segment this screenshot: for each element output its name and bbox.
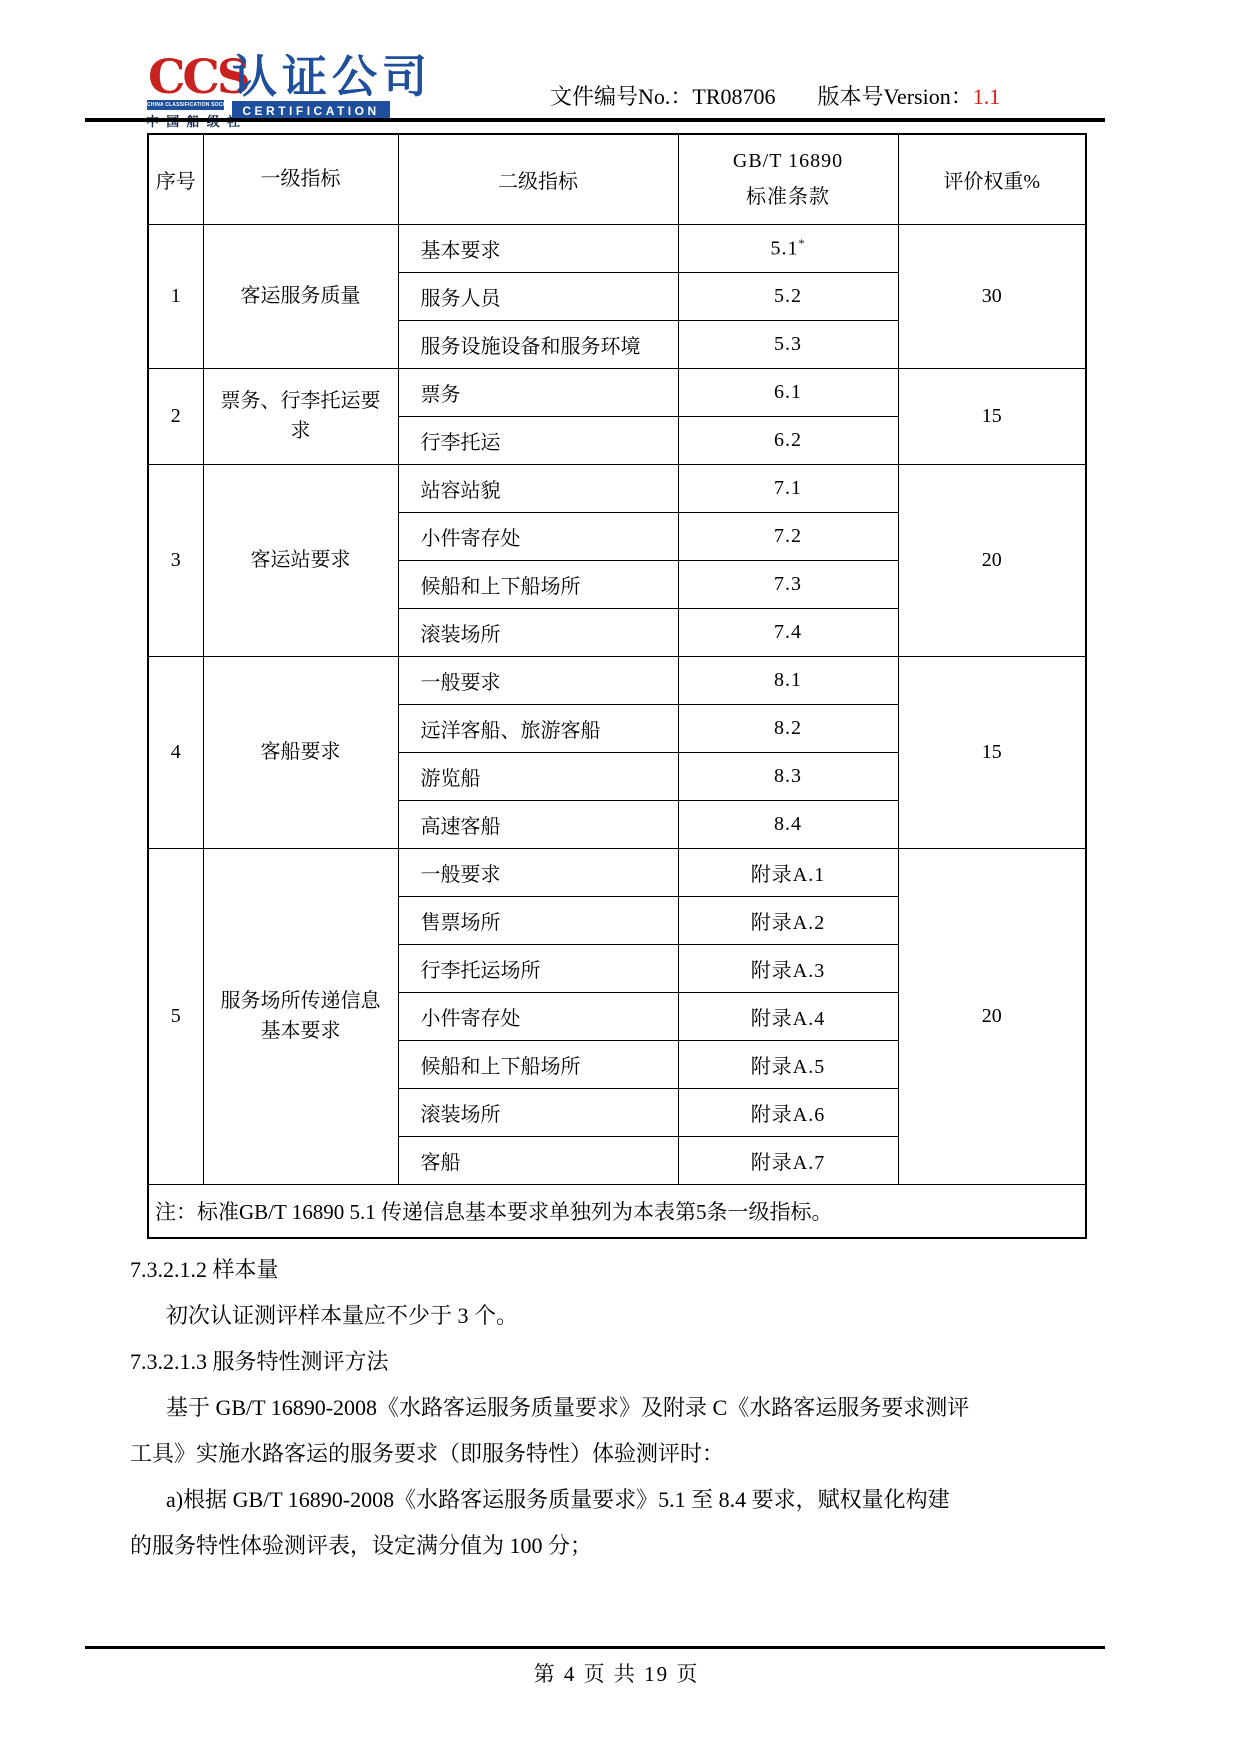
level1-indicator: 客船要求 (203, 656, 398, 848)
table-row: 2 票务、行李托运要求 票务 6.1 15 (148, 368, 1086, 416)
version-label: 版本号Version： (818, 84, 973, 109)
level1-indicator: 服务场所传递信息基本要求 (203, 848, 398, 1184)
evaluation-criteria-table: 序号 一级指标 二级指标 GB/T 16890 标准条款 评价权重% 1 客运服… (147, 133, 1087, 1239)
paragraph-line: 工具》实施水路客运的服务要求（即服务特性）体验测评时： (130, 1431, 1110, 1477)
level2-indicator: 行李托运 (398, 416, 678, 464)
seq-no: 1 (148, 224, 203, 368)
clause-ref: 8.2 (678, 704, 898, 752)
clause-ref: 附录A.3 (678, 944, 898, 992)
weight-value: 30 (898, 224, 1086, 368)
weight-value: 15 (898, 368, 1086, 464)
table-header-row: 序号 一级指标 二级指标 GB/T 16890 标准条款 评价权重% (148, 134, 1086, 224)
table-row: 4 客船要求 一般要求 8.1 15 (148, 656, 1086, 704)
clause-ref: 附录A.2 (678, 896, 898, 944)
level1-indicator: 票务、行李托运要求 (203, 368, 398, 464)
page-number: 第 4 页 共 19 页 (0, 1658, 1233, 1688)
level2-indicator: 候船和上下船场所 (398, 560, 678, 608)
weight-value: 20 (898, 464, 1086, 656)
section-heading: 7.3.2.1.3 服务特性测评方法 (130, 1339, 1110, 1385)
col-header-level2: 二级指标 (398, 134, 678, 224)
level2-indicator: 一般要求 (398, 656, 678, 704)
china-classification-society-banner: CHINA CLASSIFICATION SOCIETY (147, 100, 224, 110)
clause-ref: 8.4 (678, 800, 898, 848)
clause-ref: 8.3 (678, 752, 898, 800)
seq-no: 4 (148, 656, 203, 848)
level2-indicator: 售票场所 (398, 896, 678, 944)
seq-no: 5 (148, 848, 203, 1184)
col-header-seq: 序号 (148, 134, 203, 224)
clause-text: 5.1 (771, 237, 799, 259)
clause-ref: 6.1 (678, 368, 898, 416)
footer-divider (85, 1646, 1105, 1649)
level2-indicator: 游览船 (398, 752, 678, 800)
clause-ref: 7.2 (678, 512, 898, 560)
level2-indicator: 远洋客船、旅游客船 (398, 704, 678, 752)
table-note: 注：标准GB/T 16890 5.1 传递信息基本要求单独列为本表第5条一级指标… (148, 1184, 1086, 1238)
table-row: 5 服务场所传递信息基本要求 一般要求 附录A.1 20 (148, 848, 1086, 896)
table-row: 3 客运站要求 站容站貌 7.1 20 (148, 464, 1086, 512)
body-text: 7.3.2.1.2 样本量 初次认证测评样本量应不少于 3 个。 7.3.2.1… (130, 1247, 1110, 1569)
col-header-clause: GB/T 16890 标准条款 (678, 134, 898, 224)
col-header-clause-line1: GB/T 16890 (679, 143, 898, 179)
clause-asterisk: * (799, 236, 806, 250)
clause-ref: 7.3 (678, 560, 898, 608)
clause-ref: 5.3 (678, 320, 898, 368)
level2-indicator: 基本要求 (398, 224, 678, 272)
level1-indicator: 客运服务质量 (203, 224, 398, 368)
doc-no-label: 文件编号No.： (550, 84, 692, 109)
col-header-level1: 一级指标 (203, 134, 398, 224)
level2-indicator: 高速客船 (398, 800, 678, 848)
clause-ref: 6.2 (678, 416, 898, 464)
clause-ref: 5.2 (678, 272, 898, 320)
col-header-clause-line2: 标准条款 (679, 179, 898, 215)
clause-ref: 7.4 (678, 608, 898, 656)
seq-no: 3 (148, 464, 203, 656)
level2-indicator: 站容站貌 (398, 464, 678, 512)
certification-company-title: 认证公司 (232, 54, 432, 100)
level2-indicator: 服务设施设备和服务环境 (398, 320, 678, 368)
clause-ref: 附录A.4 (678, 992, 898, 1040)
clause-ref: 附录A.5 (678, 1040, 898, 1088)
paragraph-line: 基于 GB/T 16890-2008《水路客运服务质量要求》及附录 C《水路客运… (130, 1385, 1110, 1431)
col-header-weight: 评价权重% (898, 134, 1086, 224)
clause-ref: 7.1 (678, 464, 898, 512)
clause-ref: 5.1* (678, 224, 898, 272)
level2-indicator: 客船 (398, 1136, 678, 1184)
paragraph-line: 的服务特性体验测评表，设定满分值为 100 分； (130, 1523, 1110, 1569)
weight-value: 20 (898, 848, 1086, 1184)
paragraph-line: 初次认证测评样本量应不少于 3 个。 (130, 1293, 1110, 1339)
section-heading: 7.3.2.1.2 样本量 (130, 1247, 1110, 1293)
paragraph-line: a)根据 GB/T 16890-2008《水路客运服务质量要求》5.1 至 8.… (130, 1477, 1110, 1523)
weight-value: 15 (898, 656, 1086, 848)
level2-indicator: 滚装场所 (398, 608, 678, 656)
clause-ref: 附录A.6 (678, 1088, 898, 1136)
level2-indicator: 票务 (398, 368, 678, 416)
version-value: 1.1 (973, 84, 1001, 109)
level2-indicator: 小件寄存处 (398, 992, 678, 1040)
doc-no-value: TR08706 (692, 84, 775, 109)
level1-indicator: 客运站要求 (203, 464, 398, 656)
level2-indicator: 一般要求 (398, 848, 678, 896)
table-note-row: 注：标准GB/T 16890 5.1 传递信息基本要求单独列为本表第5条一级指标… (148, 1184, 1086, 1238)
clause-ref: 附录A.7 (678, 1136, 898, 1184)
clause-ref: 8.1 (678, 656, 898, 704)
header-divider (85, 118, 1105, 122)
document-meta: 文件编号No.：TR08706版本号Version：1.1 (550, 80, 1000, 111)
table-row: 1 客运服务质量 基本要求 5.1* 30 (148, 224, 1086, 272)
document-page: CCS CHINA CLASSIFICATION SOCIETY 中 国 船 级… (0, 0, 1233, 1743)
seq-no: 2 (148, 368, 203, 464)
clause-ref: 附录A.1 (678, 848, 898, 896)
level2-indicator: 滚装场所 (398, 1088, 678, 1136)
level2-indicator: 小件寄存处 (398, 512, 678, 560)
level2-indicator: 服务人员 (398, 272, 678, 320)
level2-indicator: 候船和上下船场所 (398, 1040, 678, 1088)
level2-indicator: 行李托运场所 (398, 944, 678, 992)
